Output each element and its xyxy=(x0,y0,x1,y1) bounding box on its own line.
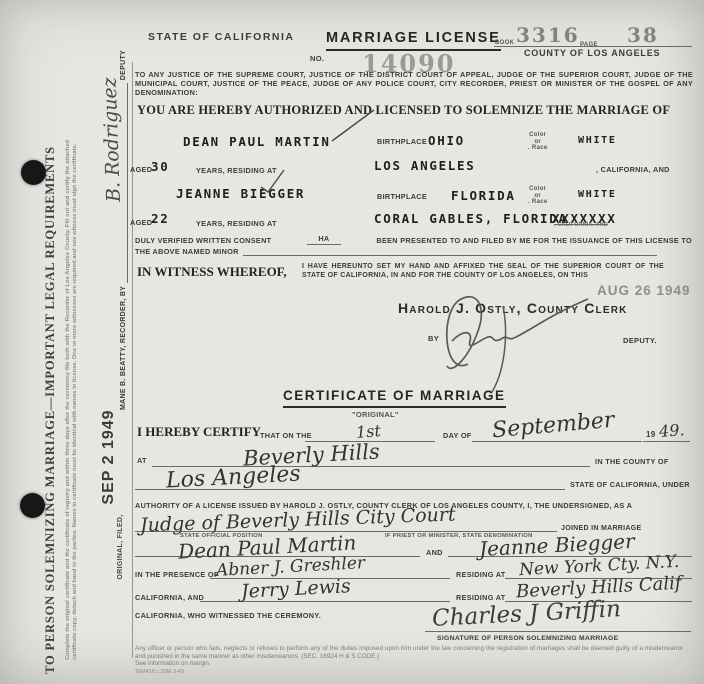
deputy-signature-descender xyxy=(492,306,506,392)
license-title: MARRIAGE LICENSE xyxy=(326,30,501,51)
addressee-paragraph: TO ANY JUSTICE OF THE SUPREME COURT, JUS… xyxy=(135,70,693,97)
groom-age: 30 xyxy=(151,159,169,174)
page-no-stamp: 38 xyxy=(627,23,659,47)
book-page-underline xyxy=(494,46,692,47)
that-on-the-label: THAT ON THE xyxy=(260,431,312,440)
county-clerk-name: Harold J. Ostly, County Clerk xyxy=(398,300,628,316)
witness2-name-entry: Jerry Lewis xyxy=(240,575,351,603)
groom-years-residing-label: YEARS, RESIDING AT xyxy=(196,166,277,175)
consent-tail: BEEN PRESENTED TO AND FILED BY ME FOR TH… xyxy=(376,236,692,245)
day-of-label: DAY OF xyxy=(443,431,472,440)
presence-label: IN THE PRESENCE OF xyxy=(135,570,219,579)
certificate-title: CERTIFICATE OF MARRIAGE xyxy=(283,388,506,408)
groom-residence-suffix: , CALIFORNIA, AND xyxy=(596,165,670,174)
witness-whereof-lead: IN WITNESS WHEREOF, xyxy=(137,264,287,280)
year-line xyxy=(643,441,690,442)
witness2-line xyxy=(200,601,450,602)
groom-residence: LOS ANGELES xyxy=(374,158,475,173)
witness1-residing-label: RESIDING AT xyxy=(456,570,506,579)
minor-line-label: THE ABOVE NAMED MINOR xyxy=(135,247,239,256)
at-label: AT xyxy=(137,456,147,465)
bride-residence-struck-text: , CALIFORNIA, AND xyxy=(554,222,608,228)
margin-divider-line xyxy=(132,62,133,658)
consent-ha-entry: HA xyxy=(307,234,341,245)
by-label: BY xyxy=(428,334,439,343)
ceremony-line: CALIFORNIA, WHO WITNESSED THE CEREMONY. xyxy=(135,611,321,620)
bride-birthplace-label: BIRTHPLACE xyxy=(377,192,427,201)
groom-race: WHITE xyxy=(578,135,617,146)
year-entry: 49. xyxy=(658,420,685,441)
california-and-label: CALIFORNIA, AND xyxy=(135,593,204,602)
minor-blank-line xyxy=(243,246,657,256)
bride-aged-label: AGED xyxy=(130,218,152,227)
race-label-line3: . Race xyxy=(528,145,547,152)
groom-birthplace-label: BIRTHPLACE xyxy=(377,137,427,146)
month-entry: September xyxy=(491,408,615,444)
race-label-line1: Color xyxy=(528,186,547,193)
state-label: STATE OF CALIFORNIA xyxy=(148,33,295,42)
solemnizer-signature-label: SIGNATURE OF PERSON SOLEMNIZING MARRIAGE xyxy=(437,634,618,643)
footer-form-code: 76M418 c 30M 3-49 xyxy=(135,669,184,675)
license-no-label: NO. xyxy=(310,54,324,63)
groom-name: DEAN PAUL MARTIN xyxy=(183,134,331,149)
consent-lead: DULY VERIFIED WRITTEN CONSENT xyxy=(135,236,271,245)
witness-whereof-body: I HAVE HEREUNTO SET MY HAND AND AFFIXED … xyxy=(302,263,664,280)
bride-age: 22 xyxy=(151,211,169,226)
race-label-line3: . Race xyxy=(528,199,547,206)
bride-residence: CORAL GABLES, FLORIDA xyxy=(374,211,568,226)
race-label-line1: Color xyxy=(528,132,547,139)
certify-lead: I HEREBY CERTIFY xyxy=(137,424,261,440)
county-label: COUNTY OF LOS ANGELES xyxy=(524,49,660,58)
authorization-line: YOU ARE HEREBY AUTHORIZED AND LICENSED T… xyxy=(137,103,670,118)
footer-legal-notice: Any officer or person who fails, neglect… xyxy=(135,645,683,660)
book-no-stamp: 3316 xyxy=(516,23,580,47)
certificate-subtitle: "ORIGINAL" xyxy=(352,410,399,419)
bride-name: JEANNE BIEGGER xyxy=(176,186,305,201)
margin-vertical-title: TO PERSON SOLEMNIZING MARRIAGE—IMPORTANT… xyxy=(43,140,65,680)
witness2-residing-label: RESIDING AT xyxy=(456,593,506,602)
and-label: AND xyxy=(426,548,443,557)
groom-birthplace: OHIO xyxy=(428,133,465,148)
solemnizer-signature-line xyxy=(425,631,691,632)
in-county-label: IN THE COUNTY OF xyxy=(595,457,669,466)
bride-birthplace: FLORIDA xyxy=(451,188,516,203)
bride-race: WHITE xyxy=(578,189,617,200)
deputy-label: DEPUTY. xyxy=(623,336,657,345)
punch-hole-bottom xyxy=(20,493,45,518)
year-prefix: 19 xyxy=(646,430,656,439)
bride-years-residing-label: YEARS, RESIDING AT xyxy=(196,219,277,228)
groom-aged-label: AGED xyxy=(130,165,152,174)
footer-margin-note: See information on margin. xyxy=(135,660,211,667)
state-under-label: STATE OF CALIFORNIA, UNDER xyxy=(570,480,690,489)
marriage-license-document: TO PERSON SOLEMNIZING MARRIAGE—IMPORTANT… xyxy=(0,0,704,684)
margin-instructions: Complete the original certificate and th… xyxy=(65,140,87,660)
license-date-stamp: AUG 26 1949 xyxy=(597,283,691,298)
original-filed-label: ORIGINAL, FILED, xyxy=(116,502,128,592)
